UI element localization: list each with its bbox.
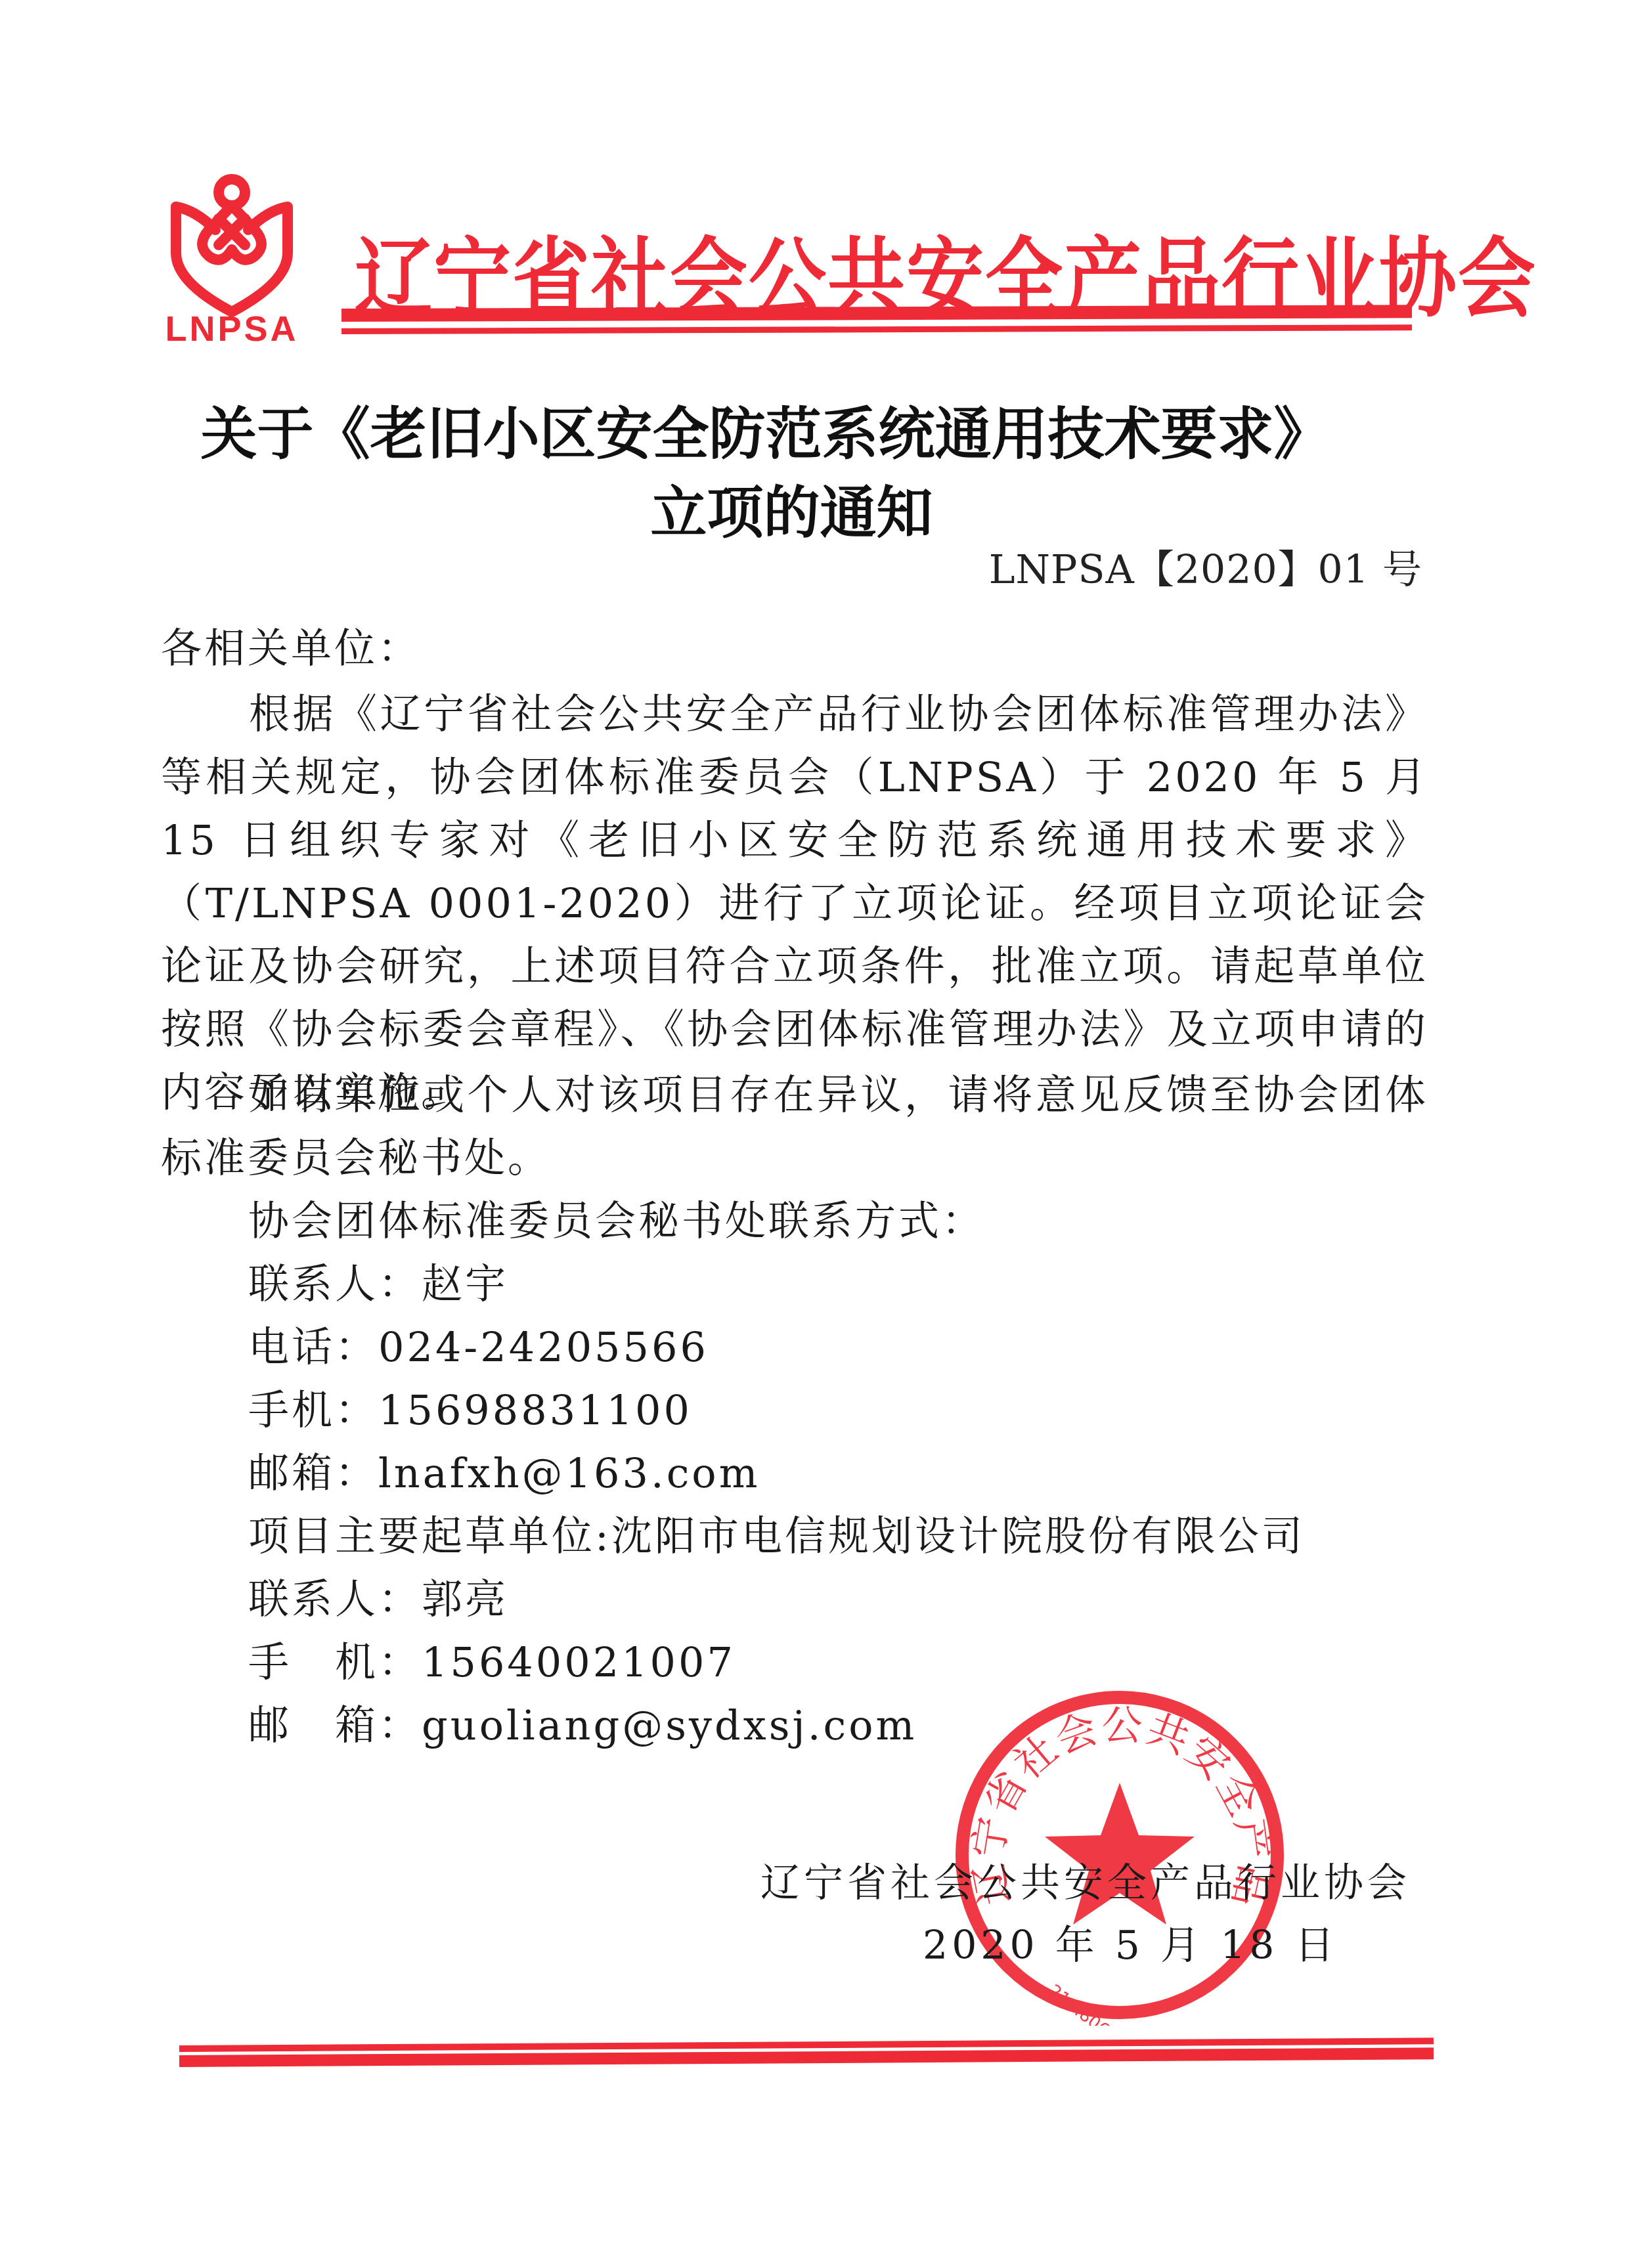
paragraph-objection: 如有单位或个人对该项目存在异议，请将意见反馈至协会团体标准委员会秘书处。 [161,1064,1428,1190]
contact-row: 手机：15698831100 [248,1379,1305,1442]
contact-phone: 024-24205566 [378,1323,709,1371]
drafting-unit: 沈阳市电信规划设计院股份有限公司 [611,1512,1305,1560]
contact-mobile: 15698831100 [378,1386,692,1434]
drafter-mobile: 15640021007 [422,1638,736,1686]
document-title-line2: 立项的通知 [0,468,1616,549]
drafter-name: 郭亮 [422,1575,508,1623]
chinese-knot-shield-icon [156,167,307,318]
signature-organization: 辽宁省社会公共安全产品行业协会 [760,1852,1411,1908]
contact-row: 联系人：赵宇 [248,1253,1305,1316]
contact-email: lnafxh@163.com [378,1449,760,1497]
contact-name: 赵宇 [422,1260,508,1308]
logo-text: LNPSA [156,309,307,349]
seal-code: 21…806 [1045,1981,1113,2026]
contact-row: 邮箱：lnafxh@163.com [248,1442,1305,1505]
drafter-email: guoliang@sydxsj.com [422,1701,917,1749]
contact-heading: 协会团体标准委员会秘书处联系方式： [248,1190,1305,1253]
contact-row: 电话：024-24205566 [248,1316,1305,1379]
document-title-line1: 关于《老旧小区安全防范系统通用技术要求》 [0,389,1590,470]
signature-date: 2020 年 5 月 18 日 [923,1914,1338,1971]
drafting-unit-row: 项目主要起草单位:沈阳市电信规划设计院股份有限公司 [248,1505,1305,1568]
document-number: LNPSA【2020】01 号 [989,538,1422,595]
contact-row: 联系人：郭亮 [248,1568,1305,1631]
salutation: 各相关单位： [161,617,1428,680]
paragraph-main: 根据《辽宁省社会公共安全产品行业协会团体标准管理办法》等相关规定，协会团体标准委… [161,683,1428,1124]
contact-section: 协会团体标准委员会秘书处联系方式： 联系人：赵宇 电话：024-24205566… [248,1190,1305,1757]
